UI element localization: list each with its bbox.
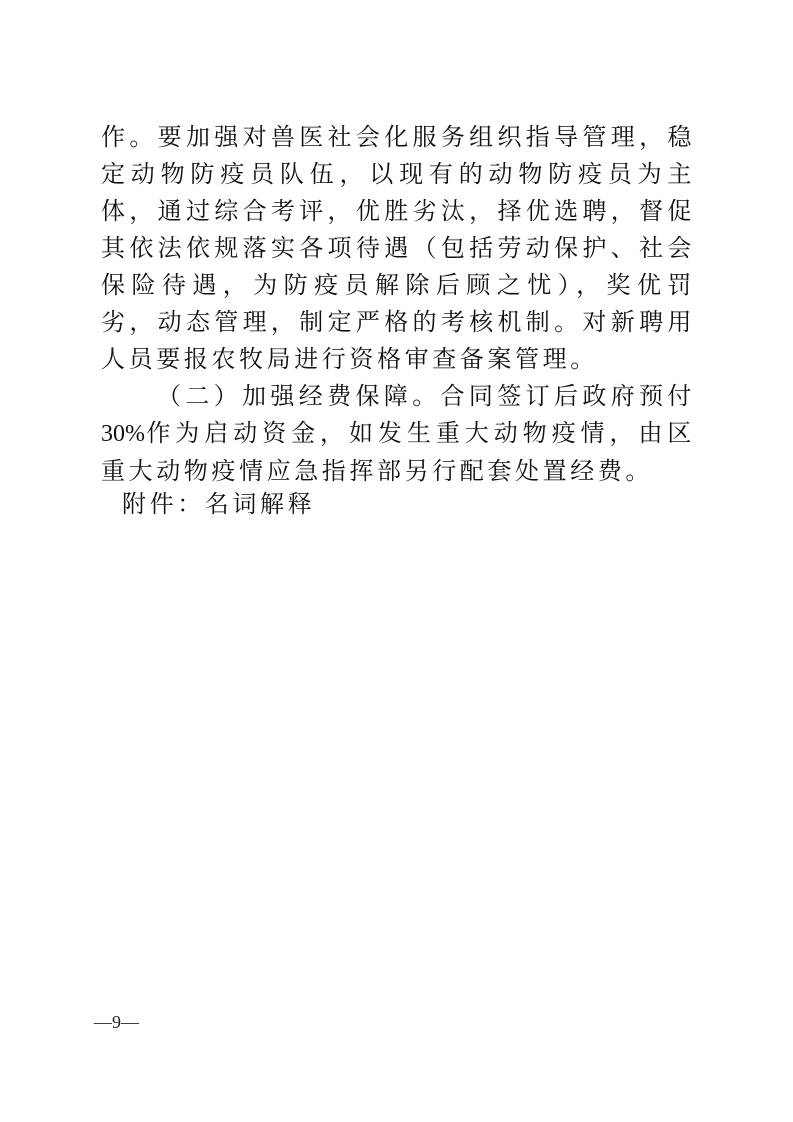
funding-text-after: 作为启动资金，如发生重大动物疫情，由区重大动物疫情应急指挥部另行配套处置经费。 <box>101 419 695 485</box>
attachment-note: 附件：名词解释 <box>122 486 315 523</box>
paragraph-funding-guarantee: （二）加强经费保障。合同签订后政府预付 30%作为启动资金，如发生重大动物疫情，… <box>101 378 695 490</box>
funding-text-before: （二）加强经费保障。合同签订后政府预付 <box>157 382 695 410</box>
paragraph-staff-management: 作。要加强对兽医社会化服务组织指导管理，稳定动物防疫员队伍，以现有的动物防疫员为… <box>101 119 695 378</box>
document-page: 作。要加强对兽医社会化服务组织指导管理，稳定动物防疫员队伍，以现有的动物防疫员为… <box>0 0 793 1122</box>
body-text: 作。要加强对兽医社会化服务组织指导管理，稳定动物防疫员队伍，以现有的动物防疫员为… <box>101 119 695 490</box>
page-number: —9— <box>94 1012 139 1033</box>
prepayment-percentage: 30% <box>101 421 145 447</box>
